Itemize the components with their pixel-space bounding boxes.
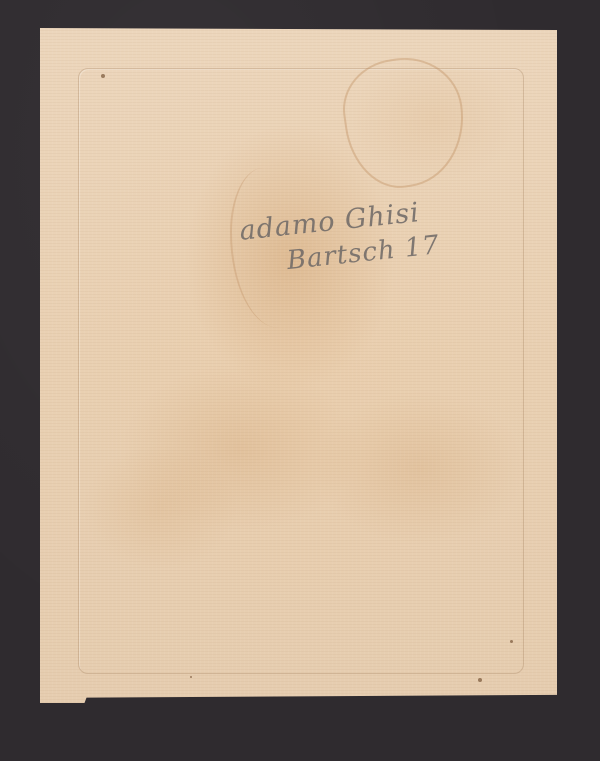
foxing-spot [190, 676, 192, 678]
foxing-spot [478, 678, 482, 682]
foxing-spot [101, 74, 105, 78]
foxing-spot [510, 640, 513, 643]
plate-mark [78, 68, 524, 674]
paper-sheet: adamo Ghisi Bartsch 17 [40, 28, 557, 703]
